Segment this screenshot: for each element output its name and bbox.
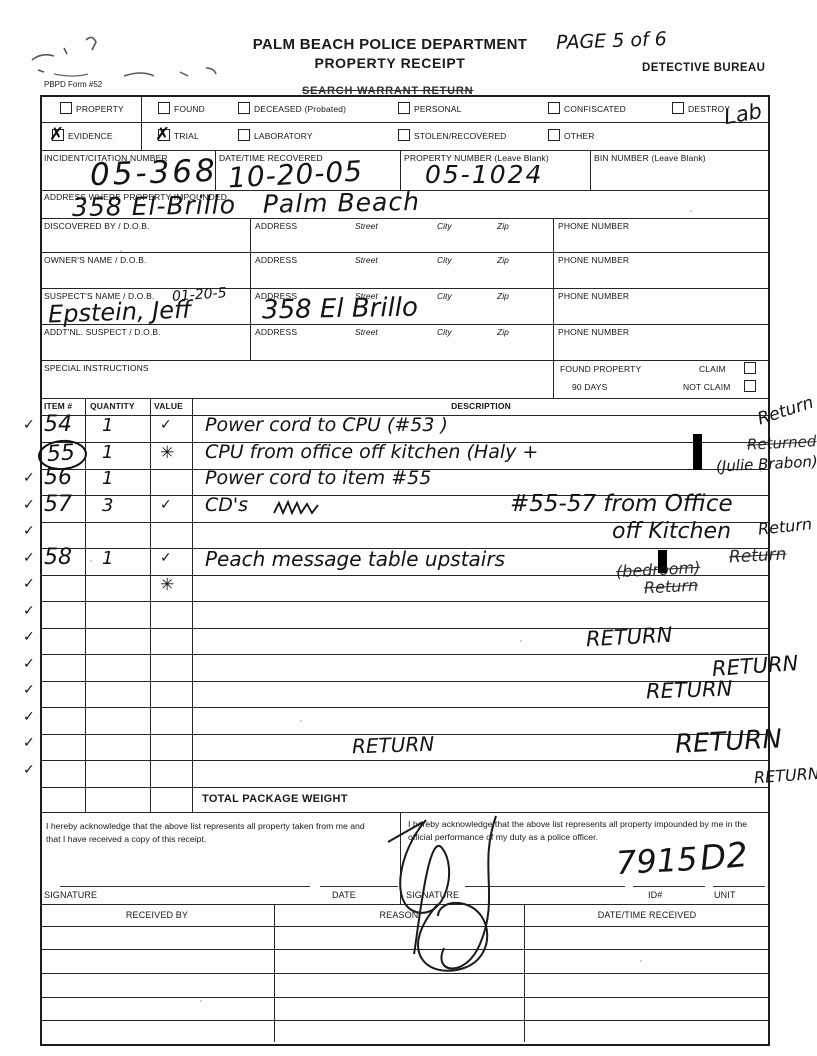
signature-label-left: SIGNATURE bbox=[44, 890, 97, 900]
total-weight-label: TOTAL PACKAGE WEIGHT bbox=[202, 793, 348, 805]
checkbox-label: STOLEN/RECOVERED bbox=[414, 131, 506, 141]
checkbox-label: DECEASED (Probated) bbox=[254, 104, 346, 114]
city-label: City bbox=[437, 221, 452, 231]
scribbled-annotation: Return bbox=[728, 547, 786, 567]
street-label: Street bbox=[355, 327, 378, 337]
checkbox-confiscated bbox=[548, 102, 560, 114]
item-description-cont: #55-57 from Office bbox=[510, 493, 733, 516]
address-impounded-value: 358 El-Brillo Palm Beach bbox=[72, 189, 420, 220]
suspect-name-value: Epstein, Jeff bbox=[48, 298, 192, 327]
checkbox-other bbox=[548, 129, 560, 141]
item-number: 56 bbox=[44, 467, 72, 489]
item-description: Power cord to CPU (#53 ) bbox=[205, 416, 448, 435]
item-quantity: 1 bbox=[102, 417, 113, 435]
signature-handwriting bbox=[368, 812, 578, 982]
zip-label: Zip bbox=[497, 221, 509, 231]
street-label: Street bbox=[355, 255, 378, 265]
pen-scribble bbox=[272, 499, 342, 519]
page-number-note: PAGE 5 of 6 bbox=[556, 30, 667, 53]
item-quantity: 3 bbox=[102, 497, 113, 515]
item-quantity: 1 bbox=[102, 470, 113, 488]
address-label: ADDRESS bbox=[255, 327, 297, 337]
margin-checkmark: ✓ bbox=[23, 736, 35, 750]
city-label: City bbox=[437, 327, 452, 337]
scribbled-annotation: Return bbox=[644, 578, 699, 597]
receipt-title: PROPERTY RECEIPT bbox=[228, 55, 552, 71]
checkbox-label: TRIAL bbox=[174, 131, 199, 141]
phone-label: PHONE NUMBER bbox=[558, 255, 629, 265]
department-title: PALM BEACH POLICE DEPARTMENT bbox=[228, 36, 552, 53]
margin-checkmark: ✓ bbox=[23, 418, 35, 432]
city-label: City bbox=[437, 255, 452, 265]
margin-checkmark: ✓ bbox=[23, 577, 35, 591]
item-row: ✓ ✳ (bedroom) Return bbox=[40, 574, 770, 602]
addl-suspect-label: ADDT'NL. SUSPECT / D.O.B. bbox=[44, 327, 161, 337]
checkbox-deceased bbox=[238, 102, 250, 114]
item-value-mark: ✳ bbox=[160, 445, 174, 462]
return-annotation-mid: RETURN bbox=[352, 734, 435, 757]
zip-label: Zip bbox=[497, 255, 509, 265]
item-value-mark: ✓ bbox=[160, 551, 172, 565]
datetime-recovered-value: 10-20-05 bbox=[227, 157, 363, 192]
value-col-header: VALUE bbox=[154, 401, 183, 411]
checkbox-trial: ✗ bbox=[158, 129, 170, 141]
id-value: 7915 bbox=[615, 843, 698, 879]
scanned-property-receipt: PAGE 5 of 6 PALM BEACH POLICE DEPARTMENT… bbox=[0, 0, 817, 1056]
checkbox-claim bbox=[744, 362, 756, 374]
phone-label: PHONE NUMBER bbox=[558, 221, 629, 231]
return-annotation: RETURN bbox=[674, 726, 782, 758]
item-description: Power cord to item #55 bbox=[205, 469, 431, 488]
checkbox-evidence: ✗ bbox=[52, 129, 64, 141]
item-row: ✓ RETURN bbox=[40, 654, 770, 682]
margin-checkmark: ✓ bbox=[23, 551, 35, 565]
returned-annotation: Returned bbox=[746, 434, 816, 453]
phone-label: PHONE NUMBER bbox=[558, 291, 629, 301]
checkbox-personal bbox=[398, 102, 410, 114]
checkbox-laboratory bbox=[238, 129, 250, 141]
item-row: 55 1 ✳ CPU from office off kitchen (Haly… bbox=[40, 442, 770, 470]
items-rows: ✓ 54 1 ✓ Power cord to CPU (#53 ) Return… bbox=[40, 415, 770, 787]
margin-checkmark: ✓ bbox=[23, 471, 35, 485]
item-row: ✓ 54 1 ✓ Power cord to CPU (#53 ) Return bbox=[40, 415, 770, 443]
quantity-col-header: QUANTITY bbox=[90, 401, 135, 411]
margin-checkmark: ✓ bbox=[23, 604, 35, 618]
margin-checkmark: ✓ bbox=[23, 710, 35, 724]
found-property-label: FOUND PROPERTY bbox=[560, 364, 641, 374]
items-table: ITEM # QUANTITY VALUE DESCRIPTION ✓ 54 1… bbox=[40, 398, 770, 812]
return-annotation: RETURN bbox=[645, 678, 732, 702]
checkbox-label: PROPERTY bbox=[76, 104, 124, 114]
discovered-by-label: DISCOVERED BY / D.O.B. bbox=[44, 221, 150, 231]
bureau-stamp: DETECTIVE BUREAU bbox=[642, 62, 765, 74]
unit-label: UNIT bbox=[714, 890, 736, 900]
bin-number-label: BIN NUMBER (Leave Blank) bbox=[594, 153, 706, 163]
return-annotation: RETURN bbox=[585, 625, 672, 650]
city-label: City bbox=[437, 291, 452, 301]
form-number: PBPD Form #52 bbox=[44, 80, 102, 89]
pen-scribble bbox=[120, 62, 230, 86]
checkbox-label: CONFISCATED bbox=[564, 104, 626, 114]
checkbox-found bbox=[158, 102, 170, 114]
suspect-address-value: 358 El Brillo bbox=[262, 295, 418, 324]
address-label: ADDRESS bbox=[255, 221, 297, 231]
special-instructions-label: SPECIAL INSTRUCTIONS bbox=[44, 363, 149, 373]
item-number: 54 bbox=[44, 414, 72, 436]
margin-checkmark: ✓ bbox=[23, 498, 35, 512]
description-col-header: DESCRIPTION bbox=[192, 401, 770, 411]
item-col-header: ITEM # bbox=[44, 401, 72, 411]
redaction-bar bbox=[693, 434, 702, 470]
claim-label: CLAIM bbox=[699, 364, 726, 374]
unit-value: D2 bbox=[699, 838, 750, 876]
margin-checkmark: ✓ bbox=[23, 763, 35, 777]
date-label: DATE bbox=[332, 890, 356, 900]
margin-checkmark: ✓ bbox=[23, 657, 35, 671]
ninety-days-label: 90 DAYS bbox=[572, 382, 607, 392]
zip-label: Zip bbox=[497, 291, 509, 301]
item-value-mark: ✓ bbox=[160, 418, 172, 432]
item-description-cont: off Kitchen bbox=[612, 521, 731, 543]
item-row: ✓ RETURN bbox=[40, 680, 770, 708]
street-label: Street bbox=[355, 221, 378, 231]
address-label: ADDRESS bbox=[255, 255, 297, 265]
item-value-mark: ✳ bbox=[160, 577, 174, 594]
item-quantity: 1 bbox=[102, 550, 113, 568]
checkbox-not-claim bbox=[744, 380, 756, 392]
item-description: CD's bbox=[205, 496, 248, 515]
item-row: ✓ RETURN RETURN bbox=[40, 733, 770, 761]
margin-checkmark: ✓ bbox=[23, 683, 35, 697]
checkbox-label: LABORATORY bbox=[254, 131, 313, 141]
item-value-mark: ✓ bbox=[160, 498, 172, 512]
total-weight-row: TOTAL PACKAGE WEIGHT bbox=[40, 787, 770, 812]
item-description: CPU from office off kitchen (Haly + bbox=[205, 443, 538, 462]
received-by-header: RECEIVED BY bbox=[40, 910, 274, 920]
zip-label: Zip bbox=[497, 327, 509, 337]
property-number-value: 05-1024 bbox=[425, 162, 543, 187]
checkbox-destroy bbox=[672, 102, 684, 114]
checkbox-label: EVIDENCE bbox=[68, 131, 113, 141]
margin-checkmark: ✓ bbox=[23, 630, 35, 644]
checkbox-label: PERSONAL bbox=[414, 104, 462, 114]
item-number: 57 bbox=[44, 494, 72, 516]
checkbox-stolen-recovered bbox=[398, 129, 410, 141]
id-label: ID# bbox=[648, 890, 662, 900]
item-description: Peach message table upstairs bbox=[205, 549, 505, 569]
item-quantity: 1 bbox=[102, 444, 113, 462]
item-row: ✓ RETURN bbox=[40, 627, 770, 655]
return-annotation: RETURN bbox=[754, 766, 817, 787]
margin-checkmark: ✓ bbox=[23, 524, 35, 538]
phone-label: PHONE NUMBER bbox=[558, 327, 629, 337]
item-row: ✓ off Kitchen Return bbox=[40, 521, 770, 549]
incident-number-value: 05-368 bbox=[89, 156, 218, 191]
return-annotation: Return bbox=[757, 516, 812, 538]
item-number: 58 bbox=[44, 547, 72, 569]
item-row: ✓ RETURN bbox=[40, 760, 770, 788]
checkbox-label: FOUND bbox=[174, 104, 205, 114]
checkbox-label: OTHER bbox=[564, 131, 595, 141]
ack-left-text: I hereby acknowledge that the above list… bbox=[46, 820, 376, 847]
not-claim-label: NOT CLAIM bbox=[683, 382, 730, 392]
checkbox-property bbox=[60, 102, 72, 114]
owner-name-label: OWNER'S NAME / D.O.B. bbox=[44, 255, 147, 265]
item-row: ✓ bbox=[40, 707, 770, 735]
